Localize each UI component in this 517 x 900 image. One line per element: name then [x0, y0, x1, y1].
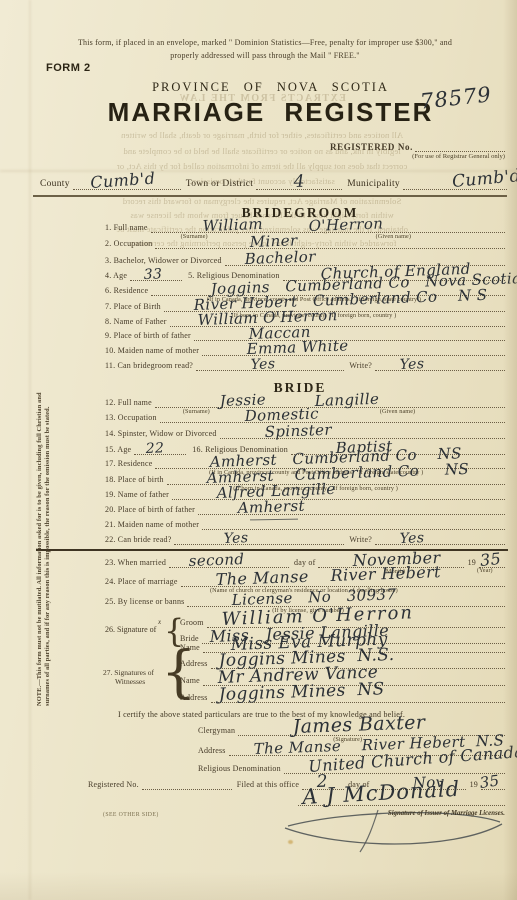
field-label: 8. Name of Father — [105, 317, 170, 327]
field-blank: Yes — [375, 358, 505, 371]
field-blank: The Manse River Hebert (Name of church o… — [181, 574, 505, 587]
field-blank: Emma White — [202, 343, 505, 356]
field-label: 23. When married — [105, 558, 169, 568]
field-label: 24. Place of marriage — [105, 577, 181, 587]
field-label: 22. Can bride read? — [105, 535, 174, 545]
field-label: 19. Name of father — [105, 490, 172, 500]
x-mark: x — [158, 618, 161, 626]
field-blank: Yes — [375, 532, 505, 545]
handwritten-given-name: O'Herron — [308, 214, 383, 235]
field-blank: second — [169, 555, 289, 568]
handwritten-given-name: Langille — [314, 390, 379, 410]
field-blank: Domestic — [160, 410, 505, 423]
field-label: 14. Spinster, Widow or Divorced — [105, 429, 220, 439]
write-label: Write? — [344, 535, 375, 545]
field-label: 4. Age — [105, 271, 130, 281]
county-blank: Cumb'd — [73, 177, 181, 190]
field-bridegroom-full-name: 1. Full name William O'Herron (Surname) … — [105, 220, 505, 233]
field-bride-father: 19. Name of father Alfred Langille — [105, 487, 505, 500]
bride-heading: BRIDE — [95, 380, 505, 396]
handwritten-write: Yes — [399, 530, 424, 547]
handwritten-value: Emma White — [246, 336, 348, 358]
handwritten-day: second — [188, 550, 244, 570]
field-bride-status: 14. Spinster, Widow or Divorced Spinster — [105, 426, 505, 439]
witnesses-label-line1: 27. Signatures of — [103, 668, 154, 677]
page-edge-shadow — [0, 872, 517, 900]
field-label: 18. Place of birth — [105, 475, 167, 485]
clergyman-label: Clergyman — [198, 726, 238, 736]
field-blank: Alfred Langille — [172, 487, 505, 500]
field-label: 13. Occupation — [105, 413, 160, 423]
field-blank — [142, 777, 232, 790]
issuer-signature-hint: Signature of Issuer of Marriage Licenses… — [388, 810, 505, 817]
municipality-label: Municipality — [342, 179, 403, 190]
mail-notice-line1: This form, if placed in an envelope, mar… — [55, 36, 475, 49]
handwritten-year: 35 — [479, 549, 502, 570]
field-blank: Yes — [196, 358, 344, 371]
bridegroom-heading: BRIDEGROOM — [95, 205, 505, 221]
signature-of-label: 26. Signature of — [105, 625, 156, 634]
handwritten-write: Yes — [399, 356, 424, 373]
field-blank: Amherst — [198, 502, 505, 515]
address-label: Address — [180, 693, 211, 703]
mail-notice-line2: properly addressed will pass through the… — [55, 49, 475, 62]
field-label: 9. Place of birth of father — [105, 331, 194, 341]
field-label: 17. Residence — [105, 459, 155, 469]
handwritten-read: Yes — [224, 530, 249, 547]
registered-no-label: REGISTERED No. — [330, 142, 415, 152]
year-printed: 19 — [464, 558, 479, 568]
field-license-or-banns: 25. By license or banns License No 30937… — [105, 594, 505, 607]
field-label: 7. Place of Birth — [105, 302, 164, 312]
page-edge-shadow — [503, 0, 517, 900]
margin-note: NOTE.—This form must not be mutilated. A… — [36, 310, 52, 706]
address-label: Address — [180, 659, 211, 669]
handwritten-age: 33 — [144, 266, 163, 283]
field-label: 25. By license or banns — [105, 597, 187, 607]
margin-note-line1: NOTE.—This form must not be mutilated. A… — [36, 310, 44, 706]
municipality-blank: Cumb'd — [403, 177, 507, 190]
field-label: 11. Can bridegroom read? — [105, 361, 196, 371]
section-divider — [33, 195, 507, 197]
paper-crease — [29, 0, 31, 900]
handwritten-county: Cumb'd — [89, 169, 155, 192]
field-place-of-marriage: 24. Place of marriage The Manse River He… — [105, 574, 505, 587]
filed-label: Filed at this office — [232, 780, 302, 790]
field-blank: Miner — [155, 236, 505, 249]
field-blank: William O'Herron (Surname) (Given name) — [151, 220, 505, 233]
field-bride-father-birthplace: 20. Place of birth of father Amherst — [105, 502, 505, 515]
field-label: 2. Occupation — [105, 239, 155, 249]
handwritten-district: 4 — [294, 172, 306, 192]
denomination-label: Religious Denomination — [198, 764, 284, 774]
field-label: 15. Age — [105, 445, 134, 455]
field-blank: Jessie Langille (Surname) (Given name) — [155, 395, 505, 408]
handwritten-read: Yes — [250, 356, 275, 373]
field-blank: Maccan — [194, 328, 505, 341]
witnesses-label-line2: Witnesses — [115, 677, 145, 686]
field-bridegroom-mother: 10. Maiden name of mother Emma White — [105, 343, 505, 356]
field-blank: 35 — [481, 777, 505, 790]
write-label: Write? — [344, 361, 375, 371]
handwritten-value: Bachelor — [244, 248, 316, 268]
address-label: Address — [198, 746, 229, 756]
paper-crease — [0, 170, 517, 172]
county-label: County — [40, 179, 73, 190]
issuer-signature-line: A J McDonald — [298, 793, 505, 806]
field-label: 21. Maiden name of mother — [105, 520, 202, 530]
marriage-register-document: EXTRACTS FROM THE LAW All notices and ce… — [0, 0, 517, 900]
field-label: 3. Bachelor, Widower or Divorced — [105, 256, 225, 266]
field-blank — [202, 517, 505, 530]
field-label: 12. Full name — [105, 398, 155, 408]
registrar-general-note: (For use of Registrar General only) — [412, 153, 505, 160]
field-label: 20. Place of birth of father — [105, 505, 198, 515]
handwritten-value: Amherst — [237, 497, 305, 517]
town-district-label: Town or District — [181, 179, 256, 190]
town-district-blank: 4 — [256, 177, 342, 190]
field-blank: 22 — [134, 442, 186, 455]
form-number: FORM 2 — [46, 62, 91, 74]
field-blank: 35 (Year) — [479, 555, 505, 568]
field-blank: William O'Herron — [170, 314, 505, 327]
field-blank: Joggins Mines NS — [211, 690, 505, 703]
witness2-address-row: Address Joggins Mines NS — [180, 690, 505, 703]
handwritten-value: Spinster — [264, 421, 332, 441]
registered-no-label: Registered No. — [88, 780, 142, 790]
groom-label: Groom — [180, 618, 207, 628]
field-bride-literacy: 22. Can bride read? Yes Write? Yes — [105, 532, 505, 545]
paper-stain — [288, 840, 293, 844]
field-label: 10. Maiden name of mother — [105, 346, 202, 356]
field-blank: 33 — [130, 268, 182, 281]
name-label: Name — [180, 676, 203, 686]
name-label: Name — [180, 643, 203, 653]
field-bridegroom-literacy: 11. Can bridegroom read? Yes Write? Yes — [105, 358, 505, 371]
registered-no-blank — [415, 139, 505, 152]
field-blank: Yes — [174, 532, 344, 545]
see-other-side-note: (SEE OTHER SIDE) — [103, 812, 159, 818]
registered-no-row: REGISTERED No. — [330, 139, 505, 152]
handwritten-age: 22 — [146, 440, 165, 457]
handwritten-filed-year: 35 — [478, 771, 500, 792]
county-district-row: County Cumb'd Town or District 4 Municip… — [40, 177, 507, 190]
religious-denomination-row: Religious Denomination United Church of … — [198, 761, 505, 774]
field-bride-mother: 21. Maiden name of mother — [105, 517, 505, 530]
margin-note-line2: surnames of all parties, and if for any … — [44, 310, 52, 706]
field-label: 6. Residence — [105, 286, 151, 296]
field-label: 1. Full name — [105, 223, 151, 233]
